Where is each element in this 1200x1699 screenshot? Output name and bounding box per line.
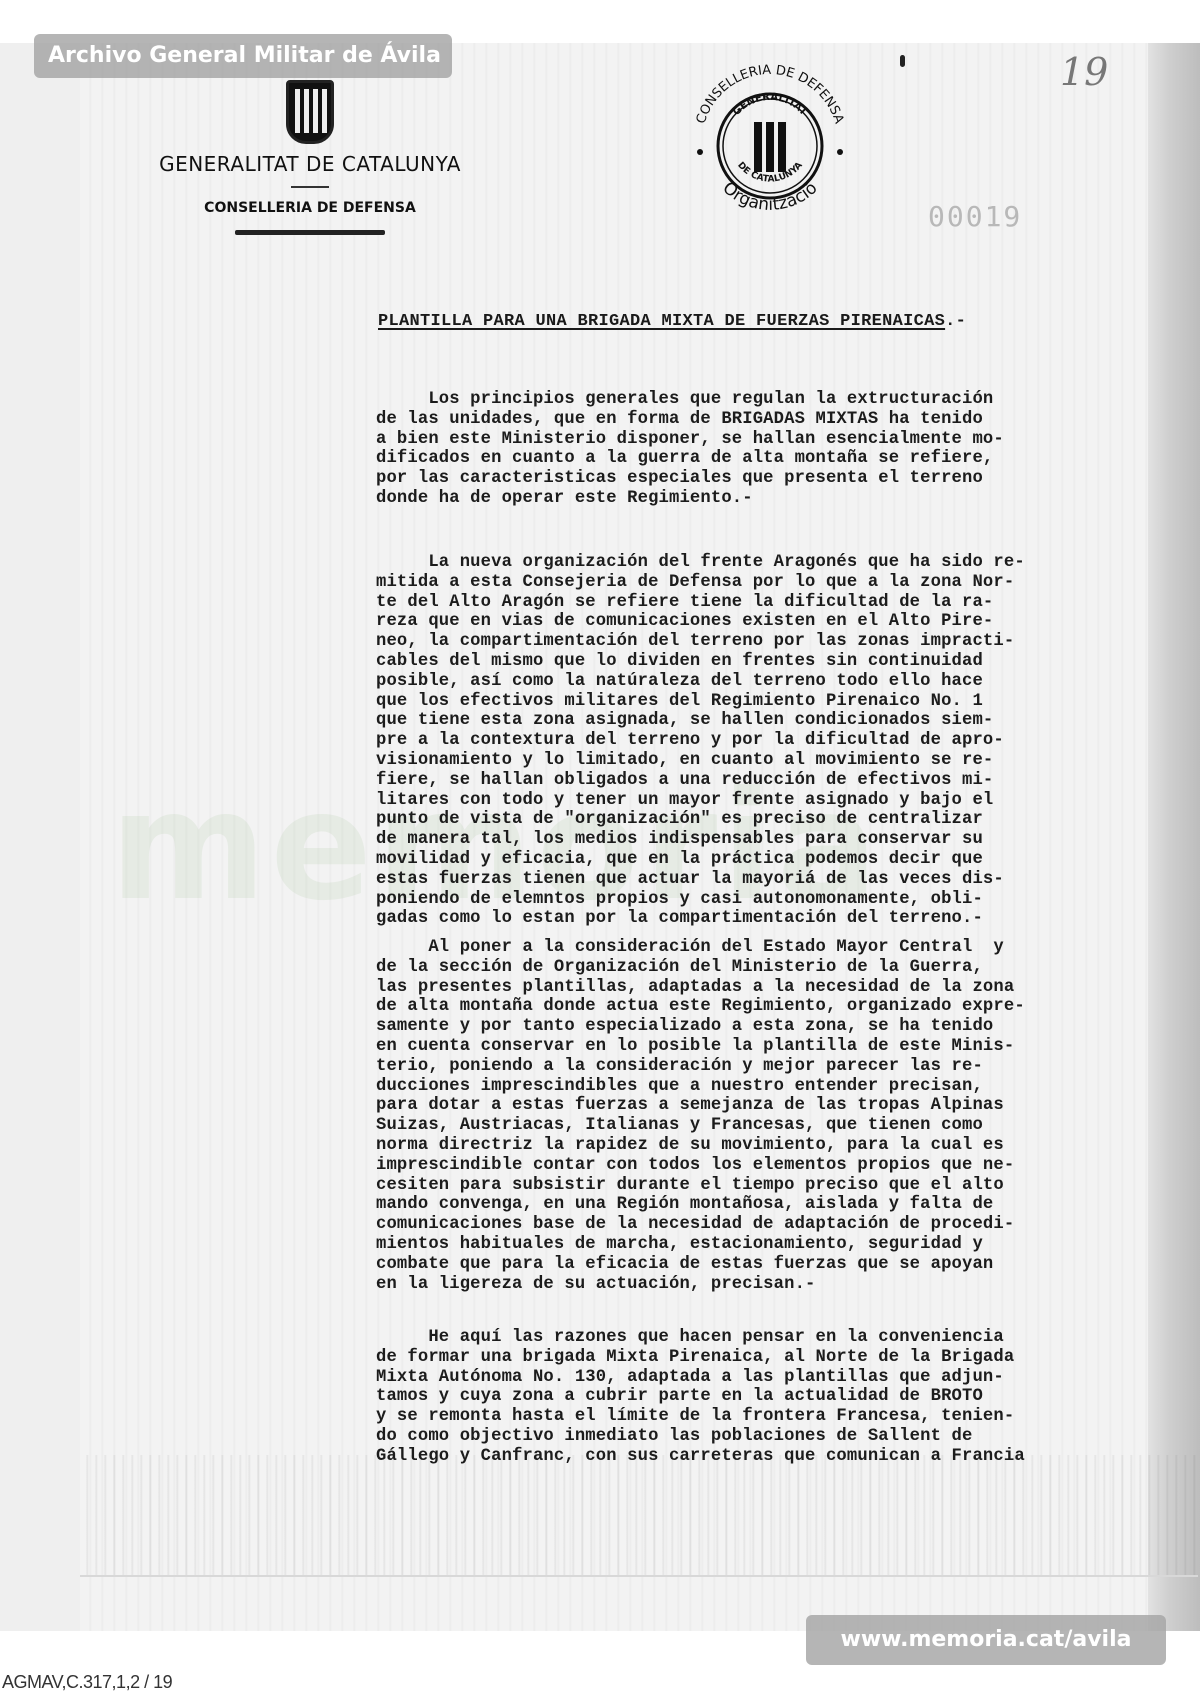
- text-line: mitida a esta Consejeria de Defensa por …: [376, 573, 1136, 593]
- text-line: Los principios generales que regulan la …: [376, 390, 1136, 410]
- text-line: Gállego y Canfranc, con sus carreteras q…: [376, 1447, 1136, 1467]
- text-line: pre a la contextura del terreno y por la…: [376, 731, 1136, 751]
- letterhead-institution: GENERALITAT DE CATALUNYA: [140, 152, 480, 176]
- text-line: poniendo de elemntos propios y casi auto…: [376, 890, 1136, 910]
- letterhead-rule: [291, 186, 329, 188]
- text-line: mando convenga, en una Región montañosa,…: [376, 1195, 1136, 1215]
- text-line: La nueva organización del frente Aragoné…: [376, 553, 1136, 573]
- handwritten-folio-number: 19: [1060, 50, 1108, 94]
- paragraph: La nueva organización del frente Aragoné…: [376, 553, 1136, 929]
- text-line: que tiene esta zona asignada, se hallen …: [376, 711, 1136, 731]
- text-line: de formar una brigada Mixta Pirenaica, a…: [376, 1348, 1136, 1368]
- paragraph: Los principios generales que regulan la …: [376, 390, 1136, 509]
- text-line: norma directriz la rapidez de su movimie…: [376, 1136, 1136, 1156]
- letterhead-department: CONSELLERIA DE DEFENSA: [140, 200, 480, 216]
- text-line: y se remonta hasta el límite de la front…: [376, 1407, 1136, 1427]
- text-line: estas fuerzas tienen que actuar la mayor…: [376, 870, 1136, 890]
- text-line: dificados en cuanto a la guerra de alta …: [376, 449, 1136, 469]
- document-title-text: PLANTILLA PARA UNA BRIGADA MIXTA DE FUER…: [378, 312, 945, 331]
- text-line: cables del mismo que lo dividen en frent…: [376, 652, 1136, 672]
- text-line: tamos y cuya zona a cubrir parte en la a…: [376, 1387, 1136, 1407]
- text-line: de manera tal, los medios indispensables…: [376, 830, 1136, 850]
- catalan-shield-icon: [286, 80, 334, 144]
- text-line: comunicaciones base de la necesidad de a…: [376, 1215, 1136, 1235]
- archive-reference-code: AGMAV,C.317,1,2 / 19: [2, 1672, 172, 1693]
- text-line: te del Alto Aragón se refiere tiene la d…: [376, 593, 1136, 613]
- text-line: posible, así como la natúraleza del terr…: [376, 672, 1136, 692]
- text-line: que los efectivos militares del Regimien…: [376, 692, 1136, 712]
- text-line: litares con todo y tener un mayor frente…: [376, 791, 1136, 811]
- paragraph: Al poner a la consideración del Estado M…: [376, 938, 1136, 1294]
- text-line: en cuenta conservar en lo posible la pla…: [376, 1037, 1136, 1057]
- text-line: donde ha de operar este Regimiento.-: [376, 489, 1136, 509]
- letterhead: GENERALITAT DE CATALUNYA CONSELLERIA DE …: [140, 80, 480, 235]
- document-title: PLANTILLA PARA UNA BRIGADA MIXTA DE FUER…: [378, 312, 966, 331]
- organization-stamp-icon: CONSELLERIA DE DEFENSA GENERALITAT DE CA…: [680, 50, 860, 230]
- text-line: He aquí las razones que hacen pensar en …: [376, 1328, 1136, 1348]
- text-line: Mixta Autónoma No. 130, adaptada a las p…: [376, 1368, 1136, 1388]
- text-line: imprescindible contar con todos los elem…: [376, 1156, 1136, 1176]
- stamped-folio-number: 00019: [928, 200, 1022, 233]
- svg-text:GENERALITAT: GENERALITAT: [731, 92, 809, 118]
- text-line: de las unidades, que en forma de BRIGADA…: [376, 410, 1136, 430]
- paragraph: He aquí las razones que hacen pensar en …: [376, 1328, 1136, 1467]
- letterhead-struck-line: [235, 230, 385, 235]
- text-line: combate que para la eficacia de estas fu…: [376, 1255, 1136, 1275]
- text-line: en la ligereza de su actuación, precisan…: [376, 1275, 1136, 1295]
- text-line: neo, la compartimentación del terreno po…: [376, 632, 1136, 652]
- text-line: mientos habituales de marcha, estacionam…: [376, 1235, 1136, 1255]
- text-line: a bien este Ministerio disponer, se hall…: [376, 430, 1136, 450]
- text-line: ducciones imprescindibles que a nuestro …: [376, 1077, 1136, 1097]
- text-line: Suizas, Austriacas, Italianas y Francesa…: [376, 1116, 1136, 1136]
- stamp-inner-top: GENERALITAT: [731, 92, 809, 118]
- document-title-suffix: .-: [945, 312, 966, 331]
- text-line: para dotar a estas fuerzas a semejanza d…: [376, 1096, 1136, 1116]
- text-line: fiere, se hallan obligados a una reducci…: [376, 771, 1136, 791]
- text-line: visionamiento y lo limitado, en cuanto a…: [376, 751, 1136, 771]
- archive-watermark: Archivo General Militar de Ávila: [34, 34, 452, 78]
- text-line: punto de vista de "organización" es prec…: [376, 810, 1136, 830]
- text-line: por las caracteristicas especiales que p…: [376, 469, 1136, 489]
- text-line: terio, poniendo a la consideración y mej…: [376, 1057, 1136, 1077]
- text-line: movilidad y eficacia, que en la práctica…: [376, 850, 1136, 870]
- text-line: Al poner a la consideración del Estado M…: [376, 938, 1136, 958]
- text-line: reza que en vias de comunicaciones exist…: [376, 612, 1136, 632]
- text-line: gadas como lo estan por la compartimenta…: [376, 909, 1136, 929]
- text-line: las presentes plantillas, adaptadas a la…: [376, 978, 1136, 998]
- text-line: cesiten para subsistir durante el tiempo…: [376, 1176, 1136, 1196]
- text-line: de la sección de Organización del Minist…: [376, 958, 1136, 978]
- text-line: do como objectivo inmediato las poblacio…: [376, 1427, 1136, 1447]
- text-line: de alta montaña donde actua este Regimie…: [376, 997, 1136, 1017]
- page-edge: [1148, 43, 1200, 1631]
- website-watermark[interactable]: www.memoria.cat/avila: [806, 1615, 1166, 1665]
- page-bottom-area: [80, 1455, 1198, 1577]
- ink-mark: [900, 55, 905, 67]
- text-line: samente y por tanto especializado a esta…: [376, 1017, 1136, 1037]
